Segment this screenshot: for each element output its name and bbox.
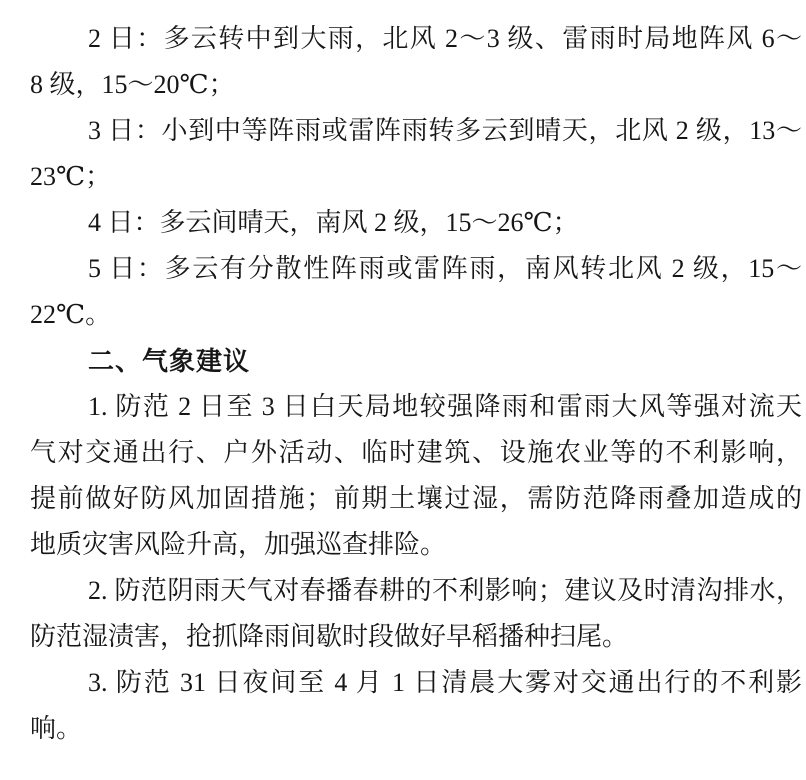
advice-1-line-3: 提前做好防风加固措施；前期土壤过湿，需防范降雨叠加造成的 (30, 476, 802, 522)
forecast-day-3-line-1: 3 日：小到中等阵雨或雷阵雨转多云到晴天，北风 2 级，13～ (30, 108, 802, 154)
forecast-day-5-line-2: 22℃。 (30, 292, 802, 338)
forecast-day-3-line-2: 23℃； (30, 154, 802, 200)
forecast-day-4-line-1: 4 日：多云间晴天，南风 2 级，15～26℃； (30, 200, 802, 246)
advice-1-line-4: 地质灾害风险升高，加强巡查排险。 (30, 522, 802, 568)
advice-3-line-2: 响。 (30, 706, 802, 752)
forecast-day-2-line-2: 8 级，15～20℃； (30, 62, 802, 108)
document-page: 2 日：多云转中到大雨，北风 2～3 级、雷雨时局地阵风 6～ 8 级，15～2… (0, 0, 806, 780)
advice-1-line-2: 气对交通出行、户外活动、临时建筑、设施农业等的不利影响， (30, 430, 802, 476)
advice-2-line-1: 2. 防范阴雨天气对春播春耕的不利影响；建议及时清沟排水， (30, 568, 802, 614)
forecast-day-2-line-1: 2 日：多云转中到大雨，北风 2～3 级、雷雨时局地阵风 6～ (30, 16, 802, 62)
section-heading: 二、气象建议 (30, 338, 802, 384)
forecast-day-5-line-1: 5 日：多云有分散性阵雨或雷阵雨，南风转北风 2 级，15～ (30, 246, 802, 292)
advice-3-line-1: 3. 防范 31 日夜间至 4 月 1 日清晨大雾对交通出行的不利影 (30, 660, 802, 706)
advice-2-line-2: 防范湿渍害，抢抓降雨间歇时段做好早稻播种扫尾。 (30, 614, 802, 660)
advice-1-line-1: 1. 防范 2 日至 3 日白天局地较强降雨和雷雨大风等强对流天 (30, 384, 802, 430)
